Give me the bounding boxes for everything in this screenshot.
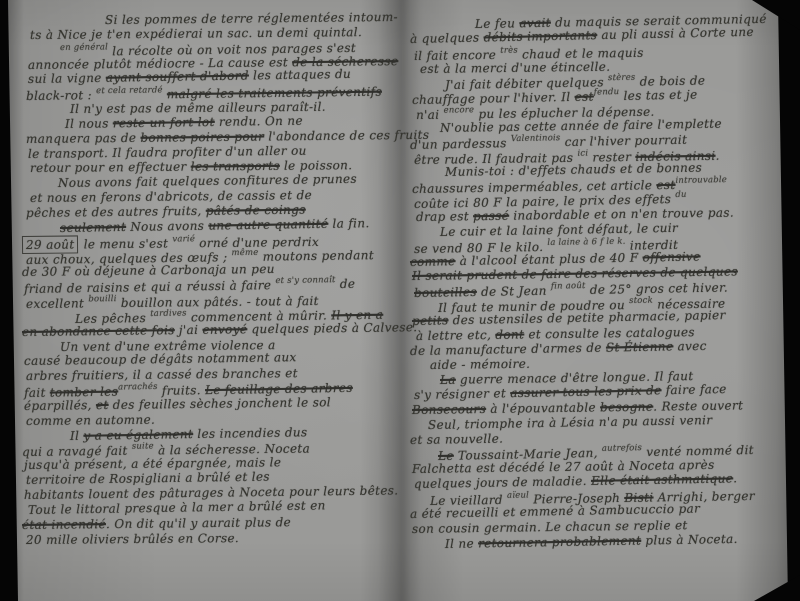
struck-through-text: Elle était asthmatique <box>591 472 733 488</box>
handwriting-text: à l'épouvantable <box>486 400 600 416</box>
struck-through-text: St Étienne <box>606 339 674 354</box>
struck-through-text: pâtés de coings <box>206 203 306 218</box>
interline-insertion: très <box>500 45 518 55</box>
struck-through-text: reste un fort lot <box>113 115 215 130</box>
interline-insertion: fendu <box>594 87 620 97</box>
handwriting-text: quelques pieds à Calvese. <box>247 320 417 336</box>
handwriting-text: à l'alcool étant plus de 40 F <box>455 250 642 268</box>
interline-insertion: Valentinois <box>511 133 561 144</box>
struck-through-text: petits <box>412 313 449 328</box>
handwriting-text: excellent <box>26 296 88 311</box>
struck-through-text: assurer tous les prix de <box>510 383 662 400</box>
handwriting-text: Le feu <box>475 16 520 31</box>
handwriting-text: au pli aussi à Corte une <box>597 25 754 42</box>
handwriting-text: rendu. On ne <box>215 114 303 129</box>
interline-insertion: tardives <box>150 308 187 319</box>
handwriting-text: la fin. <box>328 216 369 231</box>
struck-through-text: envoyé <box>202 322 247 337</box>
handwriting-text: faire face <box>661 382 726 397</box>
handwriting-text: quelques jours de maladie. <box>414 474 591 491</box>
handwriting-text: à quelques <box>410 30 484 46</box>
struck-through-text: en abondance cette fois <box>22 323 175 339</box>
struck-through-text: avait <box>519 16 551 31</box>
handwriting-text: . <box>733 472 737 486</box>
interline-insertion: varié <box>172 234 195 244</box>
handwriting-text: n'ai <box>416 108 444 122</box>
interline-insertion: bouilli <box>88 294 116 304</box>
interline-insertion: du <box>675 190 687 200</box>
interline-insertion: stock <box>629 296 653 306</box>
handwriting-text: à lettre etc, <box>416 328 496 343</box>
handwriting-text: aide - mémoire. <box>430 357 530 372</box>
interline-insertion: suite <box>132 442 154 452</box>
handwriting-text: Il ne <box>445 536 478 551</box>
handwriting-text: comme en automne. <box>26 412 155 427</box>
handwriting-text: sui la vigne <box>28 71 106 86</box>
interline-insertion: autrefois <box>602 444 642 455</box>
struck-through-text: La <box>440 373 456 387</box>
handwritten-line: 20 mille oliviers brûlés en Corse. <box>26 529 394 547</box>
struck-through-text: seulement <box>60 220 126 235</box>
struck-through-text: et <box>96 398 109 412</box>
struck-through-text: ayant souffert d'abord <box>106 69 249 85</box>
handwriting-text: de <box>336 277 356 291</box>
struck-through-text: débits importants <box>483 28 597 44</box>
handwriting-text: j'ai <box>175 323 203 337</box>
interline-insertion: aïeul <box>507 490 529 500</box>
handwriting-text: 20 mille oliviers brûlés en Corse. <box>26 531 239 547</box>
handwriting-text: s'y résigner et <box>414 386 511 402</box>
handwriting-text: Nous avons <box>126 218 209 233</box>
struck-through-text: besogne <box>600 400 653 415</box>
handwriting-text: retour pour en effectuer <box>30 160 191 175</box>
struck-through-text: une autre quantité <box>208 217 328 233</box>
struck-through-text: retournera probablement <box>478 533 641 550</box>
struck-through-text: les transports <box>191 159 280 174</box>
handwriting-text: les attaques du <box>249 67 351 83</box>
handwriting-text: Il nous <box>65 116 113 131</box>
struck-through-text: comme <box>410 254 456 269</box>
interline-insertion: et cela retardé <box>96 86 163 97</box>
handwriting-text: de la manufacture d'armes de <box>410 340 606 357</box>
handwriting-text: les incendies dus <box>193 425 308 441</box>
handwriting-text: drap est <box>416 209 473 224</box>
handwriting-text: plus à Noceta. <box>641 531 738 547</box>
scanned-manuscript: { "document": { "kind": "handwritten-let… <box>0 0 800 601</box>
handwriting-text: pêches et des autres fruits, <box>26 204 206 220</box>
struck-through-text: dont <box>495 327 524 341</box>
handwriting-text: avec <box>673 338 707 353</box>
handwriting-text: fruits. <box>158 383 206 398</box>
handwriting-text: des feuilles sèches jonchent le sol <box>108 395 331 412</box>
struck-through-text: bonnes poires pour <box>140 129 264 144</box>
handwriting-text: éparpillés, <box>24 398 96 413</box>
manuscript-page-left: Si les pommes de terre réglementées into… <box>30 13 394 547</box>
interline-insertion: ici <box>577 148 588 158</box>
manuscript-page-right: Le feu avait du maquis se serait communi… <box>420 17 776 551</box>
struck-through-text: état incendié <box>22 517 106 532</box>
struck-through-text: passé <box>473 209 509 224</box>
interline-insertion: en général <box>60 42 108 53</box>
struck-through-text: Bonsecours <box>412 402 486 417</box>
handwriting-text: . On dit qu'il y aurait plus de <box>106 515 291 531</box>
handwriting-text: manquera pas de <box>26 131 141 146</box>
interline-insertion: arrachés <box>118 382 158 393</box>
handwriting-text: l'abondance de ces fruits <box>264 128 429 144</box>
handwriting-text: Il <box>70 428 84 442</box>
interline-insertion: stères <box>608 73 636 83</box>
handwriting-text: les tas et je <box>619 88 697 103</box>
interline-insertion: la laine à 6 f le k. <box>547 236 625 247</box>
struck-through-text: y a eu également <box>83 427 193 443</box>
interline-insertion: et s'y connaît <box>275 275 335 286</box>
interline-insertion: encore <box>443 105 474 115</box>
handwriting-text: et sa nouvelle. <box>410 431 503 446</box>
struck-through-text: offensive <box>642 249 700 264</box>
interline-insertion: introuvable <box>675 175 727 186</box>
handwriting-text: . Reste ouvert <box>653 398 743 413</box>
struck-through-text: est <box>575 90 594 104</box>
interline-insertion: fin août <box>551 281 586 292</box>
handwriting-text: car l'hiver pourrait <box>560 132 687 148</box>
interline-insertion: même <box>231 247 258 257</box>
